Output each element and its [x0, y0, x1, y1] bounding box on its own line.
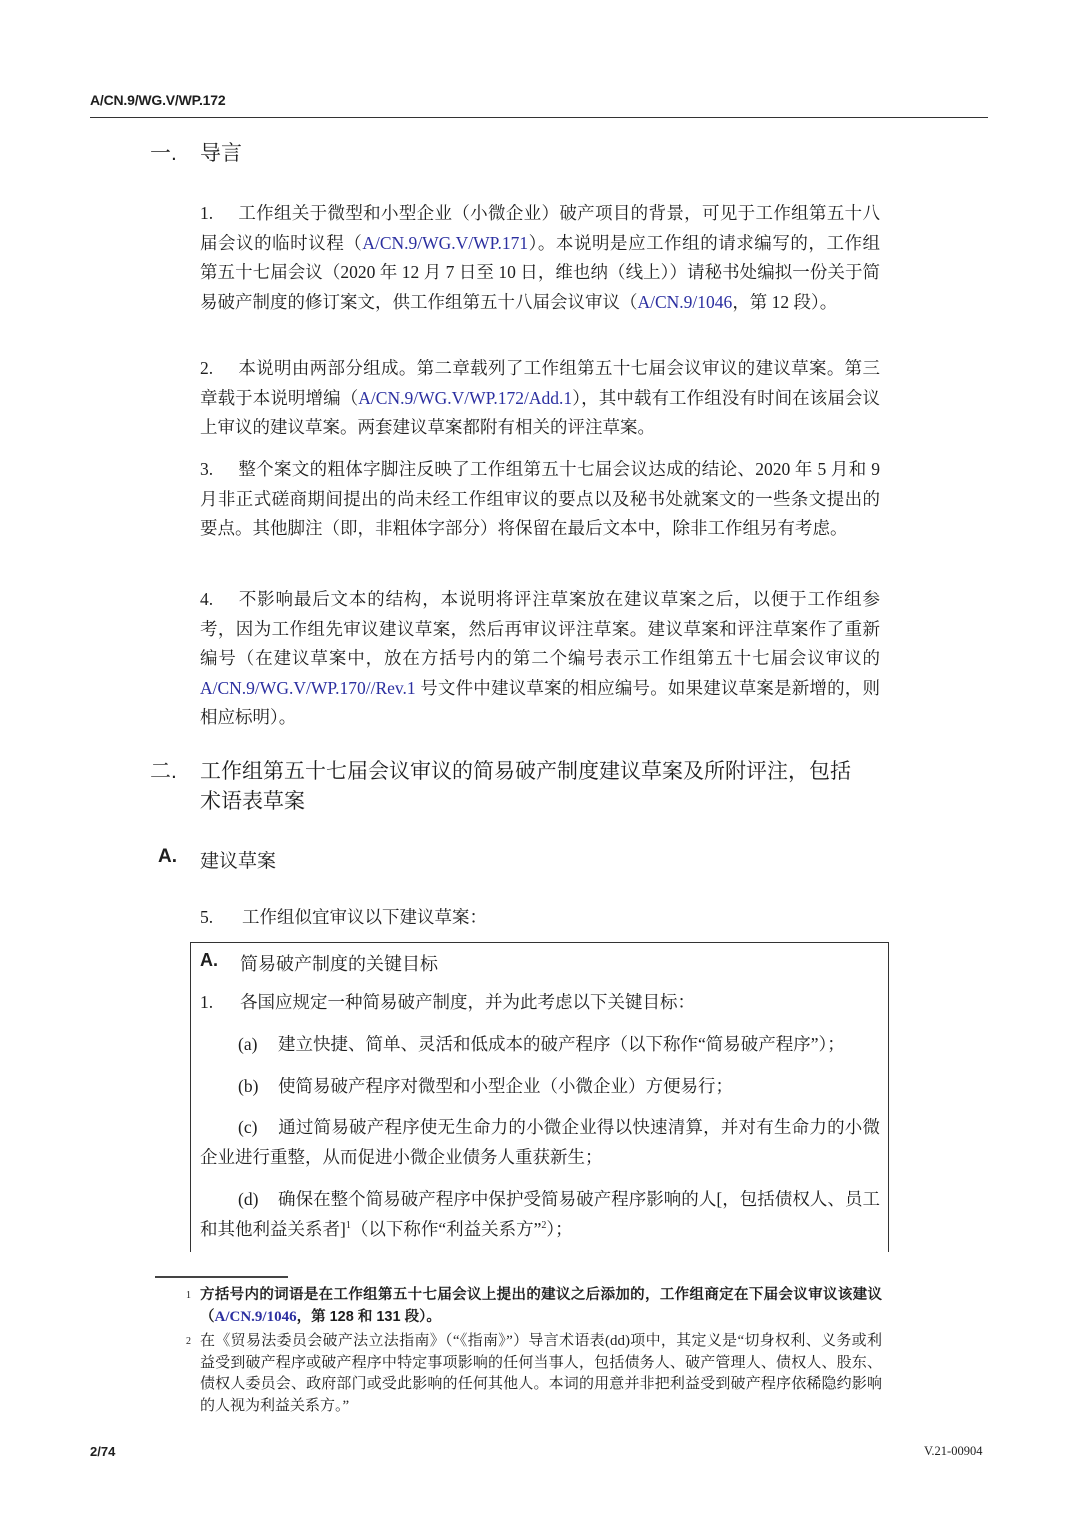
recommendation-1: 1.各国应规定一种简易破产制度，并为此考虑以下关键目标： — [200, 988, 695, 1018]
paragraph-number: 1. — [200, 199, 238, 229]
recommendation-item-d: (d)确保在整个简易破产程序中保护受简易破产程序影响的人[，包括债权人、员工和其… — [200, 1185, 880, 1244]
box-heading-letter: A. — [200, 950, 218, 970]
document-job-number: V.21-00904 — [924, 1444, 982, 1459]
document-link[interactable]: A/CN.9/WG.V/WP.172/Add.1 — [358, 388, 572, 408]
recommendation-item-b: (b)使简易破产程序对微型和小型企业（小微企业）方便易行； — [238, 1072, 888, 1102]
box-heading: A. 简易破产制度的关键目标 — [200, 950, 218, 971]
document-link[interactable]: A/CN.9/WG.V/WP.170//Rev.1 — [200, 678, 416, 698]
paragraph-number: 3. — [200, 455, 238, 485]
recommendation-item-c: (c)通过简易破产程序使无生命力的小微企业得以快速清算，并对有生命力的小微企业进… — [200, 1113, 880, 1172]
paragraph-3: 3.整个案文的粗体字脚注反映了工作组第五十七届会议达成的结论、2020 年 5 … — [200, 455, 880, 544]
section-heading-a: A. 建议草案 — [158, 846, 177, 868]
recommendation-number: 1. — [200, 988, 240, 1018]
document-link[interactable]: A/CN.9/1046 — [215, 1309, 297, 1325]
paragraph-5: 5.工作组似宜审议以下建议草案： — [200, 903, 487, 933]
section-title: 建议草案 — [200, 846, 276, 873]
footnote-1: 1方括号内的词语是在工作组第五十七届会议上提出的建议之后添加的，工作组商定在下届… — [200, 1285, 882, 1328]
document-link[interactable]: A/CN.9/1046 — [638, 292, 733, 312]
header-rule — [90, 117, 988, 118]
section-letter: A. — [158, 846, 177, 867]
chapter-number: 二. — [150, 757, 177, 787]
chapter-title-line-2: 术语表草案 — [200, 787, 890, 817]
paragraph-2: 2.本说明由两部分组成。第二章载列了工作组第五十七届会议审议的建议草案。第三章载… — [200, 354, 880, 443]
paragraph-number: 2. — [200, 354, 238, 384]
footnote-2: 2在《贸易法委员会破产法立法指南》（“《指南》”）导言术语表(dd)项中，其定义… — [200, 1331, 882, 1417]
box-heading-title: 简易破产制度的关键目标 — [240, 950, 438, 976]
document-symbol: A/CN.9/WG.V/WP.172 — [90, 92, 225, 108]
chapter-title-line-1: 工作组第五十七届会议审议的简易破产制度建议草案及所附评注，包括 — [200, 757, 890, 787]
chapter-number: 一. — [150, 139, 177, 169]
paragraph-1: 1.工作组关于微型和小型企业（小微企业）破产项目的背景，可见于工作组第五十八届会… — [200, 199, 880, 317]
recommendation-item-a: (a)建立快捷、简单、灵活和低成本的破产程序（以下称作“简易破产程序”）； — [238, 1030, 888, 1060]
chapter-title: 导言 — [200, 139, 242, 169]
footnote-number: 1 — [186, 1285, 191, 1307]
paragraph-4: 4.不影响最后文本的结构，本说明将评注草案放在建议草案之后，以便于工作组参考，因… — [200, 585, 880, 733]
page-number: 2/74 — [90, 1444, 115, 1459]
footnote-number: 2 — [186, 1331, 191, 1353]
paragraph-number: 4. — [200, 585, 238, 615]
document-link[interactable]: A/CN.9/WG.V/WP.171 — [362, 233, 528, 253]
paragraph-number: 5. — [200, 903, 242, 933]
footnote-separator — [155, 1276, 288, 1278]
